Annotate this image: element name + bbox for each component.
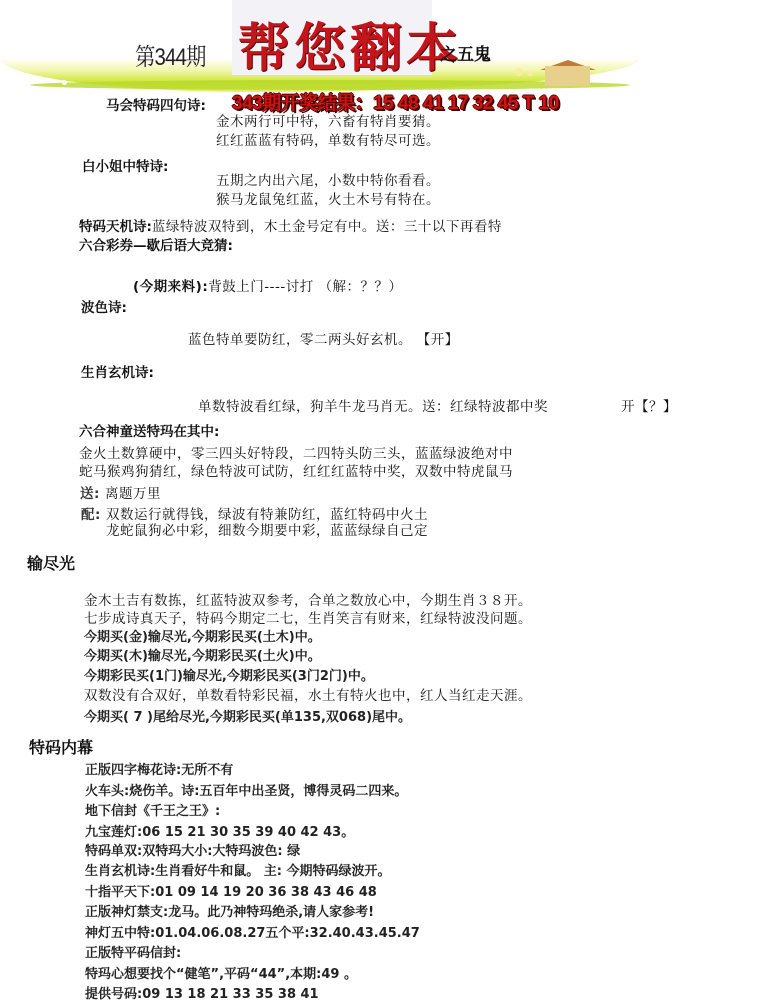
poem-line: 猴马龙鼠兔红蓝，火土木号有特在。 xyxy=(216,188,440,208)
neimu-line: 正版四字梅花诗:无所不有 xyxy=(85,759,233,778)
neimu-line: 九宝莲灯:06 15 21 30 35 39 40 42 43。 xyxy=(85,821,354,840)
poem-line: 五期之内出六尾，小数中特你看看。 xyxy=(216,169,440,189)
baixiaojie-heading: 白小姐中特诗: xyxy=(82,155,168,175)
shujinguang-line: 今期买(金)输尽光,今期彩民买(土木)中。 xyxy=(84,626,321,645)
pei-label: 配: xyxy=(81,507,101,523)
shentong-heading: 六合神童送特玛在其中: xyxy=(79,420,219,440)
mahui-heading: 马会特码四句诗: xyxy=(106,94,206,114)
house-decoration xyxy=(545,66,590,86)
xiehouyu-row: (今期来料):背鼓上门----讨打 （解：？？） xyxy=(133,275,403,295)
shujinguang-line: 七步成诗真天子，特码今期定二七，生肖笑言有财来，红绿特波没问题。 xyxy=(84,607,532,627)
shujinguang-line: 今期买(木)输尽光,今期彩民买(土火)中。 xyxy=(84,645,321,664)
song-row: 送: 离题万里 xyxy=(80,482,161,502)
neimu-heading: 特码内幕 xyxy=(29,735,93,758)
neimu-line: 生肖玄机诗:生肖看好牛和鼠。 主: 今期特码绿波开。 xyxy=(85,860,390,879)
shengxiao-open: 开【？】 xyxy=(621,395,677,415)
neimu-line: 特玛心想要找个“健笔”,平码“44”,本期:49 。 xyxy=(85,963,357,982)
tianji-text: 蓝绿特波双特到，木土金号定有中。送：三十以下再看特 xyxy=(152,219,502,235)
bose-heading: 波色诗: xyxy=(81,296,127,316)
shentong-line: 金火土数算硬中，零三四头好特段，二四特头防三头，蓝蓝绿波绝对中 xyxy=(79,442,513,462)
pei-line: 龙蛇鼠狗必中彩，细数今期要中彩，蓝蓝绿绿自己定 xyxy=(106,519,428,539)
shujinguang-line: 金木土吉有数拣，红蓝特波双参考，合单之数放心中，今期生肖３８开。 xyxy=(84,589,532,609)
dot-decoration xyxy=(527,70,533,76)
poem-line: 红红蓝蓝有特码，单数有特尽可选。 xyxy=(216,129,440,149)
neimu-line: 提供号码:09 13 18 21 33 35 38 41 xyxy=(85,983,319,1002)
song-label: 送: xyxy=(80,486,100,502)
neimu-line: 特码单双:双特玛大小:大特玛波色: 绿 xyxy=(85,840,300,859)
song-text: 离题万里 xyxy=(105,486,161,502)
shujinguang-line: 今期彩民买(1门)输尽光,今期彩民买(3门2门)中。 xyxy=(84,665,374,684)
tianji-heading: 特码天机诗: xyxy=(79,219,152,235)
neimu-line: 正版特平码信封: xyxy=(85,942,181,961)
neimu-line: 神灯五中特:01.04.06.08.27五个平:32.40.43.45.47 xyxy=(85,922,420,941)
xiehouyu-heading: 六合彩券—歇后语大竞猜: xyxy=(79,234,233,254)
shentong-line: 蛇马猴鸡狗猜红，绿色特波可试防，红红红蓝特中奖，双数中特虎鼠马 xyxy=(79,460,513,480)
dot-decoration xyxy=(62,80,67,85)
poem-line: 金木两行可中特，六畜有特肖要猜。 xyxy=(216,110,440,130)
shengxiao-heading: 生肖玄机诗: xyxy=(81,361,154,381)
page-title: 帮您翻本 xyxy=(238,6,462,81)
shujinguang-line: 双数没有合双好，单数看特彩民福，水土有特火也中，红人当红走天涯。 xyxy=(84,684,532,704)
xiehouyu-text: 背鼓上门----讨打 （解：？？） xyxy=(208,279,402,295)
neimu-line: 正版神灯禁支:龙马。此乃神特玛绝杀,请人家参考! xyxy=(85,901,374,920)
issue-number: 第344期 xyxy=(135,37,206,72)
shengxiao-text: 单数特波看红绿，狗羊牛龙马肖无。送：红绿特波都中奖 xyxy=(198,395,548,415)
page-subtitle: 之五鬼 xyxy=(440,40,491,65)
neimu-line: 火车头:烧伤羊。诗:五百年中出圣贤，博得灵码二四来。 xyxy=(85,780,407,799)
bose-text: 蓝色特单要防红，零二两头好玄机。 【开】 xyxy=(188,328,459,348)
shujinguang-line: 今期买( 7 )尾给尽光,今期彩民买(单135,双068)尾中。 xyxy=(84,706,411,725)
dot-decoration xyxy=(515,68,523,76)
neimu-line: 十指平天下:01 09 14 19 20 36 38 43 46 48 xyxy=(85,881,377,900)
neimu-line: 地下信封《千王之王》: xyxy=(85,800,220,819)
xiehouyu-label: (今期来料): xyxy=(133,279,208,295)
shujinguang-heading: 输尽光 xyxy=(27,551,75,574)
tianji-row: 特码天机诗:蓝绿特波双特到，木土金号定有中。送：三十以下再看特 xyxy=(79,215,502,235)
